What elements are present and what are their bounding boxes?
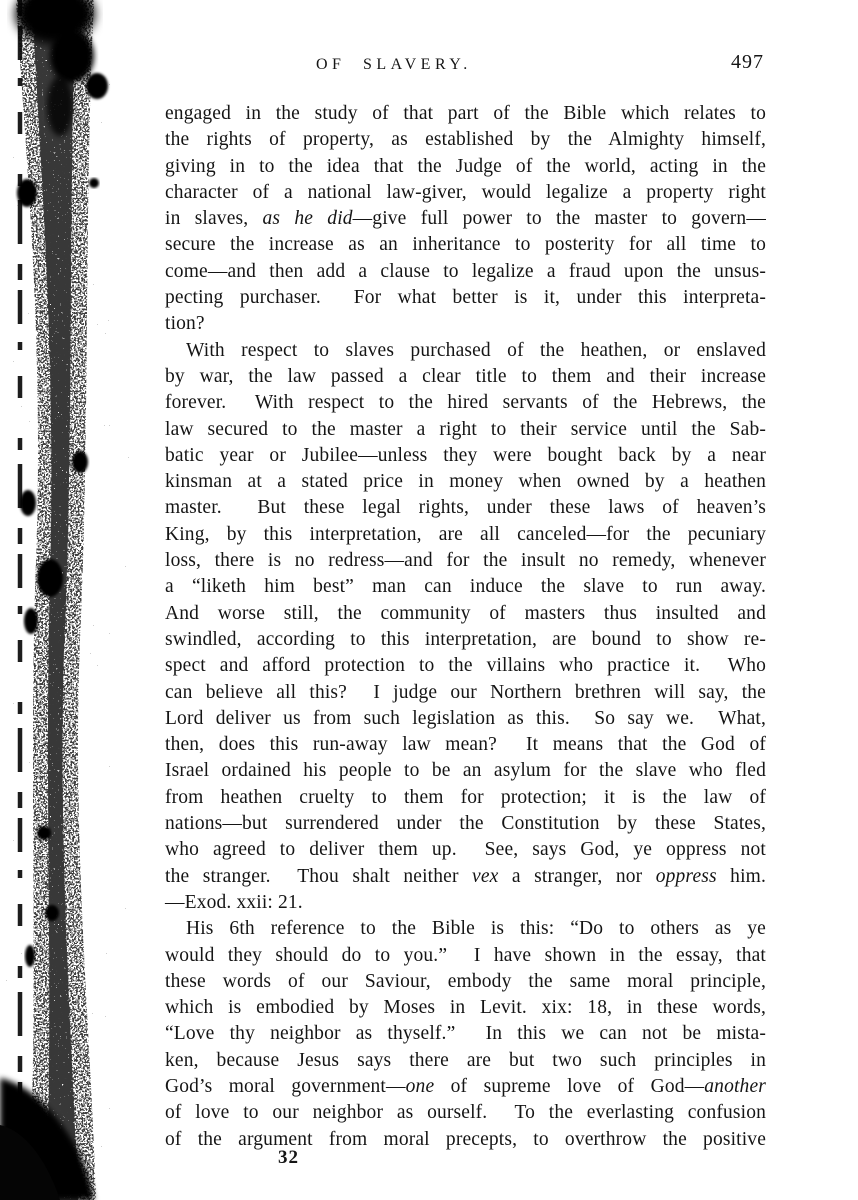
text-segment: of the argument from moral precepts, to … — [165, 1129, 766, 1150]
text-line: can believe all this? I judge our Northe… — [165, 680, 766, 706]
text-segment: His 6th reference to the Bible is this: … — [186, 918, 766, 939]
text-line: of love to our neighbor as ourself. To t… — [165, 1100, 766, 1126]
text-line: pecting purchaser. For what better is it… — [165, 285, 766, 311]
text-line: from heathen cruelty to them for protect… — [165, 785, 766, 811]
text-line: secure the increase as an inheritance to… — [165, 232, 766, 258]
text-line: engaged in the study of that part of the… — [165, 101, 766, 127]
text-line: kinsman at a stated price in money when … — [165, 469, 766, 495]
text-line: spect and afford protection to the villa… — [165, 653, 766, 679]
text-line: character of a national law-giver, would… — [165, 180, 766, 206]
text-segment: —Exod. xxii: 21. — [165, 892, 303, 913]
book-page: OF SLAVERY. 497 engaged in the study of … — [0, 0, 858, 1200]
text-segment: a “liketh him best” man can induce the s… — [165, 576, 766, 597]
text-line: Lord deliver us from such legislation as… — [165, 706, 766, 732]
italic-text: as he did — [263, 208, 353, 229]
italic-text: vex — [472, 866, 498, 887]
text-segment: who agreed to deliver them up. See, says… — [165, 839, 766, 860]
text-line: by war, the law passed a clear title to … — [165, 364, 766, 390]
text-segment: which is embodied by Moses in Levit. xix… — [165, 997, 766, 1018]
text-line: then, does this run-away law mean? It me… — [165, 732, 766, 758]
text-line: would they should do to you.” I have sho… — [165, 943, 766, 969]
text-line: God’s moral government—one of supreme lo… — [165, 1074, 766, 1100]
text-line: batic year or Jubilee—unless they were b… — [165, 443, 766, 469]
text-segment: come—and then add a clause to legalize a… — [165, 261, 766, 282]
text-segment: God’s moral government— — [165, 1076, 406, 1097]
text-segment: tion? — [165, 313, 205, 334]
text-segment: nations—but surrendered under the Consti… — [165, 813, 766, 834]
text-segment: of supreme love of God— — [434, 1076, 704, 1097]
scan-binding-artifact — [0, 0, 135, 1200]
text-line: in slaves, as he did—give full power to … — [165, 206, 766, 232]
text-segment: Lord deliver us from such legislation as… — [165, 708, 766, 729]
italic-text: another — [704, 1076, 766, 1097]
text-segment: King, by this interpretation, are all ca… — [165, 524, 766, 545]
text-segment: loss, there is no redress—and for the in… — [165, 550, 766, 571]
text-line: Israel ordained his people to be an asyl… — [165, 758, 766, 784]
text-segment: in slaves, — [165, 208, 263, 229]
text-line: these words of our Saviour, embody the s… — [165, 969, 766, 995]
text-segment: the stranger. Thou shalt neither — [165, 866, 472, 887]
text-segment: a stranger, nor — [498, 866, 655, 887]
text-line: With respect to slaves purchased of the … — [165, 338, 766, 364]
text-segment: character of a national law-giver, would… — [165, 182, 766, 203]
text-segment: can believe all this? I judge our Northe… — [165, 682, 766, 703]
text-line: tion? — [165, 311, 766, 337]
italic-text: oppress — [656, 866, 717, 887]
text-segment: engaged in the study of that part of the… — [165, 103, 766, 124]
text-line: which is embodied by Moses in Levit. xix… — [165, 995, 766, 1021]
paragraph: With respect to slaves purchased of the … — [165, 338, 766, 917]
text-segment: spect and afford protection to the villa… — [165, 655, 766, 676]
italic-text: one — [406, 1076, 435, 1097]
text-line: who agreed to deliver them up. See, says… — [165, 837, 766, 863]
signature-mark: 32 — [278, 1147, 299, 1169]
text-line: King, by this interpretation, are all ca… — [165, 522, 766, 548]
text-segment: kinsman at a stated price in money when … — [165, 471, 766, 492]
text-segment: —give full power to the master to govern… — [353, 208, 766, 229]
text-line: His 6th reference to the Bible is this: … — [165, 916, 766, 942]
text-line: giving in to the idea that the Judge of … — [165, 154, 766, 180]
text-line: And worse still, the community of master… — [165, 601, 766, 627]
paragraph: engaged in the study of that part of the… — [165, 101, 766, 338]
text-line: —Exod. xxii: 21. — [165, 890, 766, 916]
text-segment: giving in to the idea that the Judge of … — [165, 156, 766, 177]
text-line: the rights of property, as established b… — [165, 127, 766, 153]
text-segment: ken, because Jesus says there are but tw… — [165, 1050, 766, 1071]
text-line: a “liketh him best” man can induce the s… — [165, 574, 766, 600]
text-segment: swindled, according to this interpretati… — [165, 629, 766, 650]
paragraph: His 6th reference to the Bible is this: … — [165, 916, 766, 1153]
text-segment: master. But these legal rights, under th… — [165, 497, 766, 518]
page-number: 497 — [731, 51, 764, 74]
text-segment: him. — [717, 866, 766, 887]
text-segment: forever. With respect to the hired serva… — [165, 392, 766, 413]
text-line: come—and then add a clause to legalize a… — [165, 259, 766, 285]
text-line: law secured to the master a right to the… — [165, 417, 766, 443]
text-line: “Love thy neighbor as thyself.” In this … — [165, 1021, 766, 1047]
text-line: swindled, according to this interpretati… — [165, 627, 766, 653]
running-head: OF SLAVERY. — [316, 56, 472, 74]
text-segment: law secured to the master a right to the… — [165, 419, 766, 440]
text-line: ken, because Jesus says there are but tw… — [165, 1048, 766, 1074]
text-segment: then, does this run-away law mean? It me… — [165, 734, 766, 755]
text-segment: “Love thy neighbor as thyself.” In this … — [165, 1023, 766, 1044]
page-body: engaged in the study of that part of the… — [165, 101, 766, 1153]
text-line: master. But these legal rights, under th… — [165, 495, 766, 521]
text-segment: from heathen cruelty to them for protect… — [165, 787, 766, 808]
text-segment: of love to our neighbor as ourself. To t… — [165, 1102, 766, 1123]
text-segment: batic year or Jubilee—unless they were b… — [165, 445, 766, 466]
text-line: the stranger. Thou shalt neither vex a s… — [165, 864, 766, 890]
text-segment: the rights of property, as established b… — [165, 129, 766, 150]
text-segment: And worse still, the community of master… — [165, 603, 766, 624]
text-segment: With respect to slaves purchased of the … — [186, 340, 766, 361]
text-segment: by war, the law passed a clear title to … — [165, 366, 766, 387]
text-segment: Israel ordained his people to be an asyl… — [165, 760, 766, 781]
text-segment: these words of our Saviour, embody the s… — [165, 971, 766, 992]
text-segment: secure the increase as an inheritance to… — [165, 234, 766, 255]
text-segment: would they should do to you.” I have sho… — [165, 945, 766, 966]
text-line: of the argument from moral precepts, to … — [165, 1127, 766, 1153]
text-line: nations—but surrendered under the Consti… — [165, 811, 766, 837]
text-segment: pecting purchaser. For what better is it… — [165, 287, 766, 308]
text-line: forever. With respect to the hired serva… — [165, 390, 766, 416]
text-line: loss, there is no redress—and for the in… — [165, 548, 766, 574]
